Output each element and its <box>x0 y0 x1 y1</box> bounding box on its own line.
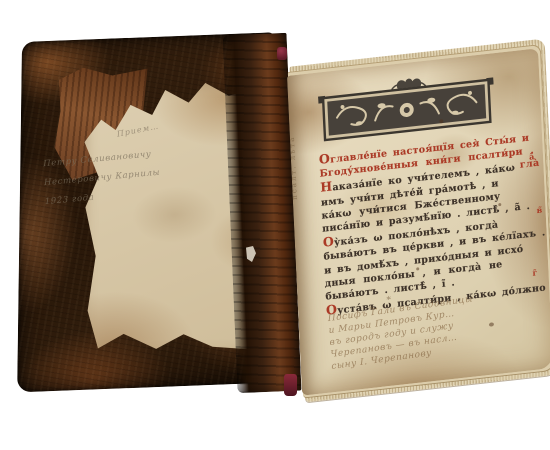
ink-asterisk-doodle: ∗ <box>385 293 392 304</box>
red-endband-top <box>277 47 287 60</box>
margin-chapter-mark: а̃ <box>529 151 535 162</box>
rubric-initial: Н <box>320 179 333 195</box>
antique-book-photograph: Прием… Петру Селивановичу Нестеровичу Ка… <box>0 0 550 450</box>
rubric-initial: О <box>323 234 335 250</box>
red-endband-bottom <box>284 374 297 396</box>
headpiece-ornament-icon <box>317 65 495 144</box>
contents-page: Оглавле́нїе настоя́щїя сея̀ Сты́я и Бгод… <box>287 48 550 395</box>
margin-chapter-mark: г̃ <box>532 267 537 278</box>
margin-chapter-mark: в̃ <box>536 204 542 215</box>
page-block: Оглавле́нїе настоя́щїя сея̀ Сты́я и Бгод… <box>287 48 550 395</box>
rubric-initial: О <box>319 151 331 167</box>
